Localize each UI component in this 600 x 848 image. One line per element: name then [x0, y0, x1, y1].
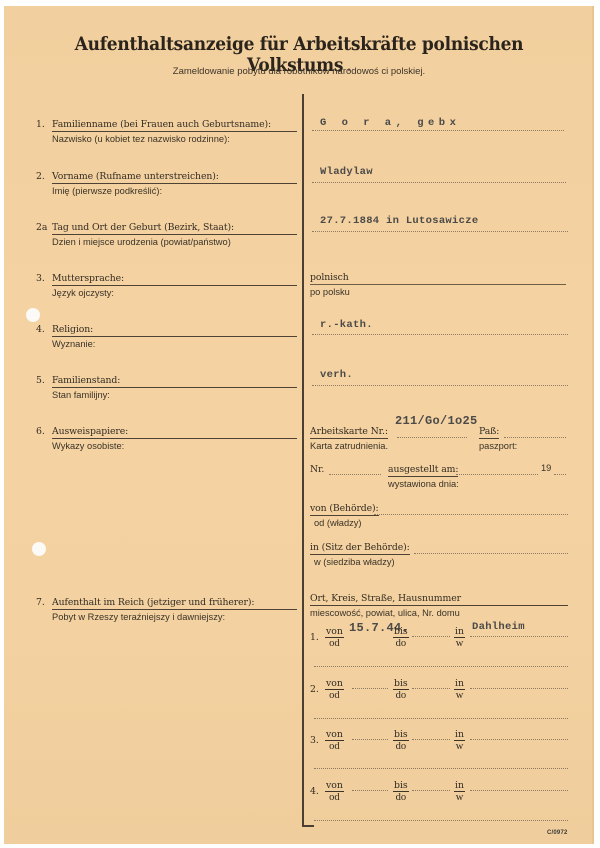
issued-on-label-pl: wystawiona dnia: [388, 479, 459, 489]
form-code: C/0972 [547, 830, 568, 836]
residence-row-3-from-label: vonod [325, 729, 344, 752]
field-7-label-de: Aufenthalt im Reich (jetziger und früher… [52, 597, 254, 608]
passport-line[interactable] [504, 437, 566, 438]
work-card-line [397, 437, 467, 438]
field-6-label-de: Ausweispapiere: [52, 426, 128, 437]
residence-row-3-from-line[interactable] [352, 739, 388, 740]
residence-row-3-number: 3. [310, 735, 319, 746]
field-5-label-pl: Stan familijny: [52, 390, 110, 400]
passport-label-de: Paß: [479, 426, 499, 439]
issued-year-line[interactable] [554, 474, 566, 475]
issuing-authority-line[interactable] [374, 514, 568, 515]
work-card-label-pl: Karta zatrudnienia. [310, 441, 388, 451]
residence-row-4-in-label: inw [454, 780, 465, 803]
residence-header-rule [310, 605, 568, 606]
work-card-number-value[interactable]: 211/Go/1o25 [395, 414, 478, 428]
residence-row-3-extra-line[interactable] [314, 768, 568, 769]
marital-status-value[interactable]: verh. [320, 369, 353, 381]
field-4-number: 4. [36, 324, 45, 335]
surname-value[interactable]: G o r a, gebx [320, 117, 460, 129]
residence-row-1-extra-line[interactable] [314, 666, 568, 667]
religion-value[interactable]: r.-kath. [320, 319, 373, 331]
field-2a-number: 2a [36, 222, 47, 233]
residence-row-2-from-label: vonod [325, 678, 344, 701]
residence-row-1-place-line [470, 636, 568, 637]
residence-row-2-from-line[interactable] [352, 688, 388, 689]
residence-row-2-extra-line[interactable] [314, 718, 568, 719]
form-page: Aufenthaltsanzeige für Arbeitskräfte pol… [4, 6, 594, 844]
residence-row-1-number: 1. [310, 632, 319, 643]
work-card-label-de: Arbeitskarte Nr.: [310, 426, 388, 439]
field-2a-label-pl: Dzien i miejsce urodzenia (powiat/państw… [52, 237, 231, 247]
field-7-number: 7. [36, 597, 45, 608]
punch-hole-top [26, 308, 40, 322]
birth-line [312, 231, 568, 232]
issued-on-line[interactable] [456, 474, 538, 475]
field-7-label-pl: Pobyt w Rzeszy teraźniejszy i dawniejszy… [52, 612, 225, 622]
field-1-number: 1. [36, 119, 45, 130]
residence-row-4-to-label: bisdo [393, 780, 409, 803]
issued-on-label-de: ausgestellt am: [388, 464, 458, 477]
field-3-label-pl: Język ojczysty: [52, 288, 114, 298]
residence-row-2-to-line[interactable] [412, 688, 450, 689]
first-name-line [312, 182, 566, 183]
punch-hole-bottom [32, 542, 46, 556]
field-2-label-pl: Imię (pierwsze podkreślić): [52, 186, 162, 196]
surname-line [312, 130, 564, 131]
residence-row-4-from-label: vonod [325, 780, 344, 803]
residence-row-3-in-label: inw [454, 729, 465, 752]
residence-row-4-from-line[interactable] [352, 790, 388, 791]
column-divider-foot [302, 825, 314, 827]
birth-date-place-value[interactable]: 27.7.1884 in Lutosawicze [320, 215, 478, 227]
residence-row-1-to-label: bisdo [393, 626, 409, 649]
first-name-value[interactable]: Wladylaw [320, 166, 373, 178]
field-1-label-pl: Nazwisko (u kobiet tez nazwisko rodzinne… [52, 134, 230, 144]
field-4-label-de: Religion: [52, 324, 93, 335]
residence-row-3-to-label: bisdo [393, 729, 409, 752]
residence-row-4-extra-line[interactable] [314, 820, 568, 821]
residence-row-1-to-line[interactable] [412, 636, 450, 637]
mother-tongue-value-de[interactable]: polnisch [310, 272, 349, 283]
residence-row-2-to-label: bisdo [393, 678, 409, 701]
residence-header-de: Ort, Kreis, Straße, Hausnummer [310, 593, 461, 604]
authority-seat-label-de: in (Sitz der Behörde): [310, 542, 410, 555]
issuing-authority-label-de: von (Behörde): [310, 503, 379, 516]
passport-label-pl: paszport: [479, 441, 517, 451]
residence-row-1-from-label: vonod [325, 626, 344, 649]
field-5-number: 5. [36, 375, 45, 386]
doc-number-label: Nr. [310, 464, 324, 475]
residence-row-4-number: 4. [310, 786, 319, 797]
field-3-number: 3. [36, 273, 45, 284]
mother-tongue-value-pl[interactable]: po polsku [310, 287, 350, 297]
residence-row-1-place-value[interactable]: Dahlheim [472, 621, 525, 633]
field-6-rule [52, 438, 297, 439]
field-4-rule [52, 336, 297, 337]
issued-year-prefix: 19 [541, 463, 551, 473]
field-7-rule [52, 609, 297, 610]
residence-row-4-place-line[interactable] [470, 790, 568, 791]
field-1-rule [52, 131, 297, 132]
residence-header-pl: miescowość, powiat, ulica, Nr. domu [310, 608, 460, 618]
marital-line [312, 385, 568, 386]
field-2a-rule [52, 234, 297, 235]
field-6-label-pl: Wykazy osobiste: [52, 441, 124, 451]
field-2-number: 2. [36, 171, 45, 182]
residence-row-3-to-line[interactable] [412, 739, 450, 740]
issuing-authority-label-pl: od (władzy) [314, 518, 362, 528]
religion-line [312, 334, 568, 335]
field-2-label-de: Vorname (Rufname unterstreichen): [52, 171, 219, 182]
mother-tongue-line [310, 284, 566, 285]
field-2a-label-de: Tag und Ort der Geburt (Bezirk, Staat): [52, 222, 234, 233]
residence-row-4-to-line[interactable] [412, 790, 450, 791]
residence-row-2-place-line[interactable] [470, 688, 568, 689]
field-3-label-de: Muttersprache: [52, 273, 124, 284]
form-subtitle: Zameldowanie pobytu dla robotników narod… [4, 66, 594, 77]
field-4-label-pl: Wyznanie: [52, 339, 95, 349]
authority-seat-label-pl: w (siedziba władzy) [314, 557, 395, 567]
doc-number-line[interactable] [329, 474, 381, 475]
residence-row-2-in-label: inw [454, 678, 465, 701]
field-1-label-de: Familienname (bei Frauen auch Geburtsnam… [52, 119, 271, 130]
residence-row-1-in-label: inw [454, 626, 465, 649]
authority-seat-line[interactable] [414, 553, 568, 554]
field-5-label-de: Familienstand: [52, 375, 120, 386]
field-5-rule [52, 387, 297, 388]
field-6-number: 6. [36, 426, 45, 437]
column-divider [302, 94, 304, 827]
field-3-rule [52, 285, 297, 286]
residence-row-3-place-line[interactable] [470, 739, 568, 740]
field-2-rule [52, 183, 297, 184]
residence-row-2-number: 2. [310, 684, 319, 695]
